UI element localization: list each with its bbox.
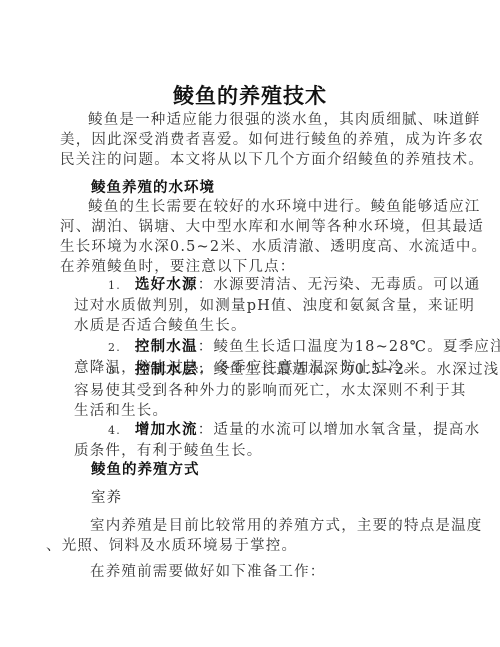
list-item-text: ：鲮鱼生长适口温度为18~28℃。夏季应注: [198, 339, 500, 355]
paragraph-line: 鲮鱼的生长需要在较好的水环境中进行。鲮鱼能够适应江: [60, 197, 445, 217]
document-title: 鲮鱼的养殖技术: [0, 80, 500, 110]
list-item-1: 1.选好水源：水源要清洁、无污染、无毒质。可以通 过对水质做判别，如测量pH值、…: [60, 275, 445, 336]
water-environment-paragraph: 鲮鱼的生长需要在较好的水环境中进行。鲮鱼能够适应江 河、湖泊、锅塘、大中型水库和…: [60, 197, 445, 277]
list-item-text: ：水源要清洁、无污染、无毒质。可以通: [198, 277, 481, 293]
intro-line: 美，因此深受消费者喜爱。如何进行鲮鱼的养殖，成为许多农: [60, 130, 445, 150]
list-item-line: 生活和生长。: [60, 401, 445, 421]
list-item-label: 增加水流: [135, 421, 198, 438]
list-item-text: ：适量的水流可以增加水氧含量，提高水: [198, 422, 481, 438]
paragraph-line: 生长环境为水深0.5~2米、水质清澈、透明度高、水流适中。: [60, 237, 445, 257]
preparation-paragraph: 在养殖前需要做好如下准备工作：: [60, 562, 445, 582]
list-item-label: 控制水温: [135, 338, 198, 355]
list-item-line: 过对水质做判别，如测量pH值、浊度和氨氮含量，来证明: [60, 296, 445, 316]
section-heading-water-environment: 鲮鱼养殖的水环境: [91, 176, 215, 197]
list-number: 2.: [108, 341, 121, 354]
paragraph-line: 河、湖泊、锅塘、大中型水库和水闸等各种水环境，但其最适: [60, 217, 445, 237]
paragraph-line: 在养殖前需要做好如下准备工作：: [60, 562, 445, 582]
paragraph-line: 在养殖鲮鱼时，要注意以下几点：: [60, 257, 445, 277]
list-item-4: 4.增加水流：适量的水流可以增加水氧含量，提高水 质条件，有利于鲮鱼生长。: [60, 420, 445, 461]
list-item-line: 水质是否适合鲮鱼生长。: [60, 316, 445, 336]
subheading-indoor: 室养: [91, 486, 122, 507]
list-item-label: 控制水层: [135, 361, 198, 378]
list-item-3: 3.控制水层：鲮鱼生长最适水深为0.5~2米。水深过浅 容易使其受到各种外力的影…: [60, 360, 445, 421]
paragraph-line: 室内养殖是目前比较常用的养殖方式，主要的特点是温度: [60, 516, 445, 536]
list-number: 1.: [108, 279, 121, 292]
list-item-line: 容易使其受到各种外力的影响而死亡，水太深则不利于其: [60, 381, 445, 401]
indoor-paragraph: 室内养殖是目前比较常用的养殖方式，主要的特点是温度 、光照、饲料及水质环境易于掌…: [60, 516, 445, 556]
intro-line: 鲮鱼是一种适应能力很强的淡水鱼，其肉质细腻、味道鲜: [60, 110, 445, 130]
list-item-text: ：鲮鱼生长最适水深为0.5~2米。水深过浅: [198, 362, 500, 378]
list-number: 3.: [108, 364, 121, 377]
intro-paragraph: 鲮鱼是一种适应能力很强的淡水鱼，其肉质细腻、味道鲜 美，因此深受消费者喜爱。如何…: [60, 110, 445, 170]
list-item-label: 选好水源: [135, 276, 198, 293]
section-heading-breeding-methods: 鲮鱼的养殖方式: [91, 458, 200, 479]
intro-line: 民关注的问题。本文将从以下几个方面介绍鲮鱼的养殖技术。: [60, 150, 445, 170]
list-number: 4.: [108, 424, 121, 437]
document-page: 鲮鱼的养殖技术 鲮鱼是一种适应能力很强的淡水鱼，其肉质细腻、味道鲜 美，因此深受…: [0, 0, 500, 647]
paragraph-line: 、光照、饲料及水质环境易于掌控。: [46, 536, 445, 556]
